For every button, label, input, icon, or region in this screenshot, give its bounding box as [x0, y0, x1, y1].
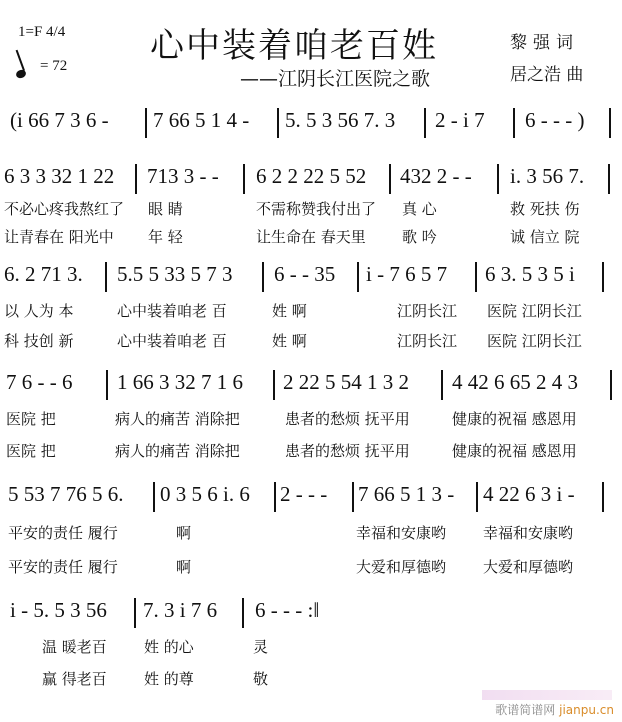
measure: 7. 3 i 7 6: [143, 598, 217, 623]
measure: 7 66 5 1 4 -: [153, 108, 249, 133]
measure: 7 6 - - 6: [6, 370, 73, 395]
barline: [243, 164, 245, 194]
barline: [352, 482, 354, 512]
measure: 713 3 - -: [147, 164, 219, 189]
measure: 6 - - - :‖: [255, 598, 319, 623]
measure: 6 3. 5 3 5 i: [485, 262, 575, 287]
measure: i - 5. 5 3 56: [10, 598, 107, 623]
measure: (i 66 7 3 6 -: [10, 108, 109, 133]
lyricist-credit: 黎强词: [510, 28, 579, 53]
barline: [134, 598, 136, 628]
lyric: 健康的祝福 感恩用: [452, 408, 577, 429]
barline: [476, 482, 478, 512]
lyric: 心中装着咱老 百: [117, 300, 227, 321]
watermark-text: 歌谱简谱网: [495, 703, 555, 717]
measure: 5. 5 3 56 7. 3: [285, 108, 395, 133]
lyric: 病人的痛苦 消除把: [115, 440, 240, 461]
barline: [475, 262, 477, 292]
lyric: 患者的愁烦 抚平用: [285, 440, 410, 461]
lyric: 大爱和厚德哟: [356, 556, 446, 577]
watermark-banner: [482, 690, 612, 700]
measure: 6 - - 35: [274, 262, 335, 287]
watermark: 歌谱简谱网 jianpu.cn: [495, 701, 614, 718]
measure: 6 2 2 22 5 52: [256, 164, 366, 189]
lyric: 以 人为 本: [4, 300, 74, 321]
barline: [608, 164, 610, 194]
score-row-4: 7 6 - - 6 1 66 3 32 7 1 6 2 22 5 54 1 3 …: [0, 370, 622, 400]
lyric: 幸福和安康哟: [483, 522, 573, 543]
measure: 432 2 - -: [400, 164, 472, 189]
barline: [106, 370, 108, 400]
key-signature: 1=F 4/4: [18, 24, 65, 41]
barline: [274, 482, 276, 512]
lyric: 诚 信立 院: [510, 226, 580, 247]
score-row-6: i - 5. 5 3 56 7. 3 i 7 6 6 - - - :‖: [0, 598, 622, 628]
lyric: 真 心: [402, 198, 437, 219]
lyric: 姓 啊: [272, 300, 307, 321]
score-row-1: (i 66 7 3 6 - 7 66 5 1 4 - 5. 5 3 56 7. …: [0, 108, 622, 138]
barline: [497, 164, 499, 194]
quarter-note-icon: [15, 69, 27, 80]
lyric: 敬: [253, 668, 268, 689]
measure: 2 22 5 54 1 3 2: [283, 370, 409, 395]
lyric: 医院 江阴长江: [487, 300, 582, 321]
measure: i. 3 56 7.: [510, 164, 584, 189]
barline: [135, 164, 137, 194]
measure: 5.5 5 33 5 7 3: [117, 262, 233, 287]
lyric: 赢 得老百: [42, 668, 107, 689]
lyric: 姓 啊: [272, 330, 307, 351]
lyric: 病人的痛苦 消除把: [115, 408, 240, 429]
watermark-brand: jianpu.cn: [559, 703, 614, 717]
lyric: 幸福和安康哟: [356, 522, 446, 543]
lyric: 姓 的尊: [144, 668, 194, 689]
lyric: 让青春在 阳光中: [4, 226, 114, 247]
barline: [145, 108, 147, 138]
lyric: 啊: [176, 556, 191, 577]
barline: [609, 108, 611, 138]
barline: [273, 370, 275, 400]
measure: 0 3 5 6 i. 6: [160, 482, 250, 507]
barline: [610, 370, 612, 400]
lyric: 姓 的心: [144, 636, 194, 657]
lyric: 年 轻: [148, 226, 183, 247]
barline: [424, 108, 426, 138]
tempo-value: = 72: [40, 58, 67, 74]
score-row-2: 6 3 3 32 1 22 713 3 - - 6 2 2 22 5 52 43…: [0, 164, 622, 194]
barline: [602, 262, 604, 292]
lyric: 患者的愁烦 抚平用: [285, 408, 410, 429]
measure: 2 - i 7: [435, 108, 485, 133]
lyric: 平安的责任 履行: [8, 556, 118, 577]
measure: 4 42 6 65 2 4 3: [452, 370, 578, 395]
measure: 7 66 5 1 3 -: [358, 482, 454, 507]
lyric: 眼 睛: [148, 198, 183, 219]
lyric: 医院 把: [6, 408, 56, 429]
measure: 6 3 3 32 1 22: [4, 164, 114, 189]
lyric: 啊: [176, 522, 191, 543]
lyric: 平安的责任 履行: [8, 522, 118, 543]
measure: 1 66 3 32 7 1 6: [117, 370, 243, 395]
barline: [153, 482, 155, 512]
lyric: 心中装着咱老 百: [117, 330, 227, 351]
lyric: 健康的祝福 感恩用: [452, 440, 577, 461]
barline: [262, 262, 264, 292]
lyric: 江阴长江: [397, 330, 457, 351]
score-row-3: 6. 2 71 3. 5.5 5 33 5 7 3 6 - - 35 i - 7…: [0, 262, 622, 292]
score-row-5: 5 53 7 76 5 6. 0 3 5 6 i. 6 2 - - - 7 66…: [0, 482, 622, 512]
barline: [389, 164, 391, 194]
barline: [513, 108, 515, 138]
lyric: 温 暖老百: [42, 636, 107, 657]
lyric: 灵: [253, 636, 268, 657]
barline: [277, 108, 279, 138]
tempo-marking: = 72: [16, 58, 67, 75]
song-subtitle: ——江阴长江医院之歌: [240, 64, 430, 91]
lyric: 医院 把: [6, 440, 56, 461]
lyric: 医院 江阴长江: [487, 330, 582, 351]
song-title: 心中装着咱老百姓: [150, 18, 438, 67]
barline: [105, 262, 107, 292]
lyric: 不需称赞我付出了: [256, 198, 376, 219]
composer-credit: 居之浩 曲: [510, 60, 583, 85]
lyric: 救 死扶 伤: [510, 198, 580, 219]
lyric: 科 技创 新: [4, 330, 74, 351]
measure: i - 7 6 5 7: [366, 262, 447, 287]
measure: 5 53 7 76 5 6.: [8, 482, 124, 507]
measure: 2 - - -: [280, 482, 327, 507]
measure: 6. 2 71 3.: [4, 262, 83, 287]
lyric: 让生命在 春天里: [256, 226, 366, 247]
lyric: 不必心疼我熬红了: [4, 198, 124, 219]
barline: [441, 370, 443, 400]
barline: [357, 262, 359, 292]
barline: [242, 598, 244, 628]
lyric: 歌 吟: [402, 226, 437, 247]
measure: 6 - - - ): [525, 108, 584, 133]
measure: 4 22 6 3 i -: [483, 482, 575, 507]
lyric: 大爱和厚德哟: [483, 556, 573, 577]
barline: [602, 482, 604, 512]
lyric: 江阴长江: [397, 300, 457, 321]
